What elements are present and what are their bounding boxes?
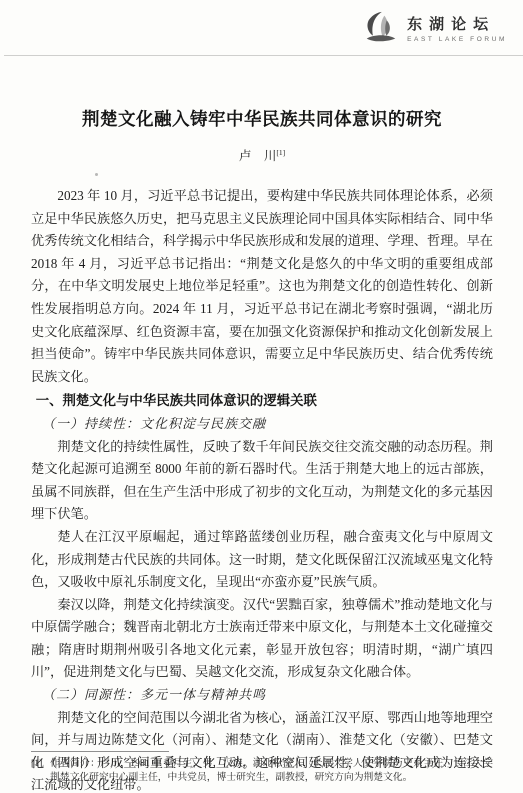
subsection-1-1-heading: （一）持续性：文化积淀与民族交融 xyxy=(31,413,493,436)
footnote-marker: [1] xyxy=(31,757,50,785)
section-1-heading: 一、荆楚文化与中华民族共同体意识的逻辑关联 xyxy=(31,390,493,413)
logo-title: 东湖论坛 xyxy=(407,13,495,34)
east-lake-forum-logo-icon xyxy=(362,9,400,47)
footnote: [1] 作者简介：卢川，1981 年 4 月生，男，汉族，湖北松滋人，长江大学人… xyxy=(31,757,493,785)
scan-artifact-dot xyxy=(95,173,98,176)
intro-paragraph: 2023 年 10 月，习近平总书记提出，要构建中华民族共同体理论体系，必须立足… xyxy=(31,185,493,388)
footnote-area: [1] 作者简介：卢川，1981 年 4 月生，男，汉族，湖北松滋人，长江大学人… xyxy=(31,751,493,785)
header-logo: 东湖论坛 EAST LAKE FORUM xyxy=(362,9,507,47)
author-footnote-ref: [1] xyxy=(276,148,285,157)
author-name: 卢 川 xyxy=(239,149,277,163)
paper-page: 东湖论坛 EAST LAKE FORUM 荆楚文化融入铸牢中华民族共同体意识的研… xyxy=(0,0,523,793)
article-text: 2023 年 10 月，习近平总书记提出，要构建中华民族共同体理论体系，必须立足… xyxy=(31,185,493,793)
article-body: 荆楚文化融入铸牢中华民族共同体意识的研究 卢 川[1] 2023 年 10 月，… xyxy=(31,55,493,793)
footnote-text: 作者简介：卢川，1981 年 4 月生，男，汉族，湖北松滋人，长江大学人文学院历… xyxy=(50,757,493,785)
logo-text-block: 东湖论坛 EAST LAKE FORUM xyxy=(407,13,507,43)
page-title: 荆楚文化融入铸牢中华民族共同体意识的研究 xyxy=(31,106,493,131)
continuity-paragraph-3: 秦汉以降，荆楚文化持续演变。汉代“罢黜百家，独尊儒术”推动楚地文化与中原儒学融合… xyxy=(31,594,493,684)
logo-subtitle: EAST LAKE FORUM xyxy=(407,36,507,43)
subsection-1-2-heading: （二）同源性：多元一体与精神共鸣 xyxy=(31,684,493,707)
continuity-paragraph-2: 楚人在江汉平原崛起，通过筚路蓝缕创业历程，融合蛮夷文化与中原周文化，形成荆楚古代… xyxy=(31,526,493,594)
footnote-separator xyxy=(31,751,169,752)
continuity-paragraph-1: 荆楚文化的持续性属性，反映了数千年间民族交往交流交融的动态历程。荆楚文化起源可追… xyxy=(31,436,493,526)
author-line: 卢 川[1] xyxy=(31,146,493,164)
